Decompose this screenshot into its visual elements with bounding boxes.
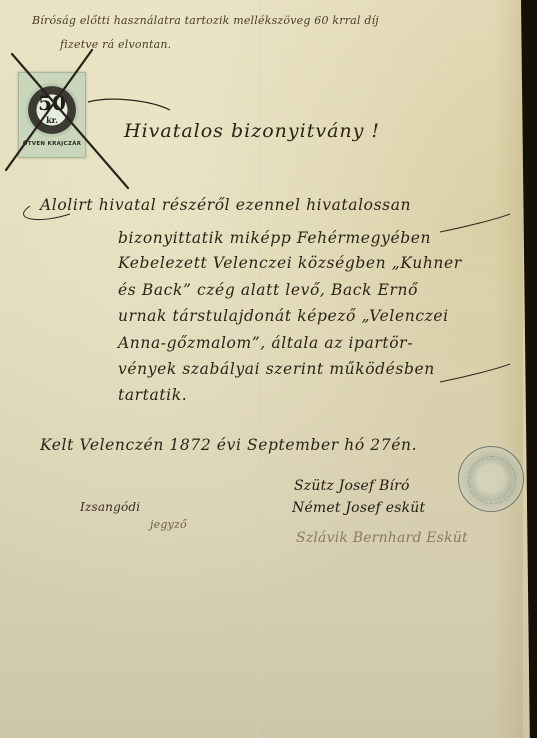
stamp-unit: kr. [19, 115, 85, 125]
body-line-2: bizonyittatik miképp Fehérmegyében [118, 229, 431, 247]
body-line-7: vények szabályai szerint működésben [118, 360, 435, 378]
official-seal-icon [458, 446, 524, 512]
body-line-4: és Back” czég alatt levő, Back Ernő [118, 281, 418, 299]
signature-juror-2: Szlávik Bernhard Esküt [296, 530, 468, 546]
body-line-1: Alolirt hivatal részéről ezennel hivatal… [40, 196, 411, 214]
body-line-6: Anna-gőzmalom”, általa az ipartör- [118, 334, 413, 352]
edge-discoloration [493, 0, 523, 738]
page-edge-shadow [521, 0, 537, 738]
body-line-3: Kebelezett Velenczei községben „Kuhner [118, 254, 462, 272]
document-page: Bíróság előtti használatra tartozik mell… [0, 0, 537, 738]
margin-note-line-1: Bíróság előtti használatra tartozik mell… [32, 14, 379, 27]
dateline: Kelt Velenczén 1872 évi September hó 27é… [40, 436, 417, 454]
signature-notary-role: jegyző [150, 518, 187, 531]
signature-notary-name: Izsangódi [80, 500, 140, 514]
page-title: Hivatalos bizonyitvány ! [124, 120, 380, 142]
stamp-caption: ÖTVEN KRAJCZÁR [19, 141, 85, 147]
signature-mayor: Szütz Josef Bíró [294, 478, 410, 494]
revenue-stamp: 50 kr. ÖTVEN KRAJCZÁR [18, 72, 86, 158]
stamp-value: 50 [19, 91, 85, 115]
body-line-5: urnak társtulajdonát képező „Velenczei [118, 307, 449, 325]
margin-note-line-2: fizetve rá elvontan. [60, 38, 171, 51]
signature-juror-1: Német Josef esküt [292, 500, 425, 516]
seal-inner-ring [468, 456, 516, 504]
body-line-8: tartatik. [118, 386, 187, 404]
